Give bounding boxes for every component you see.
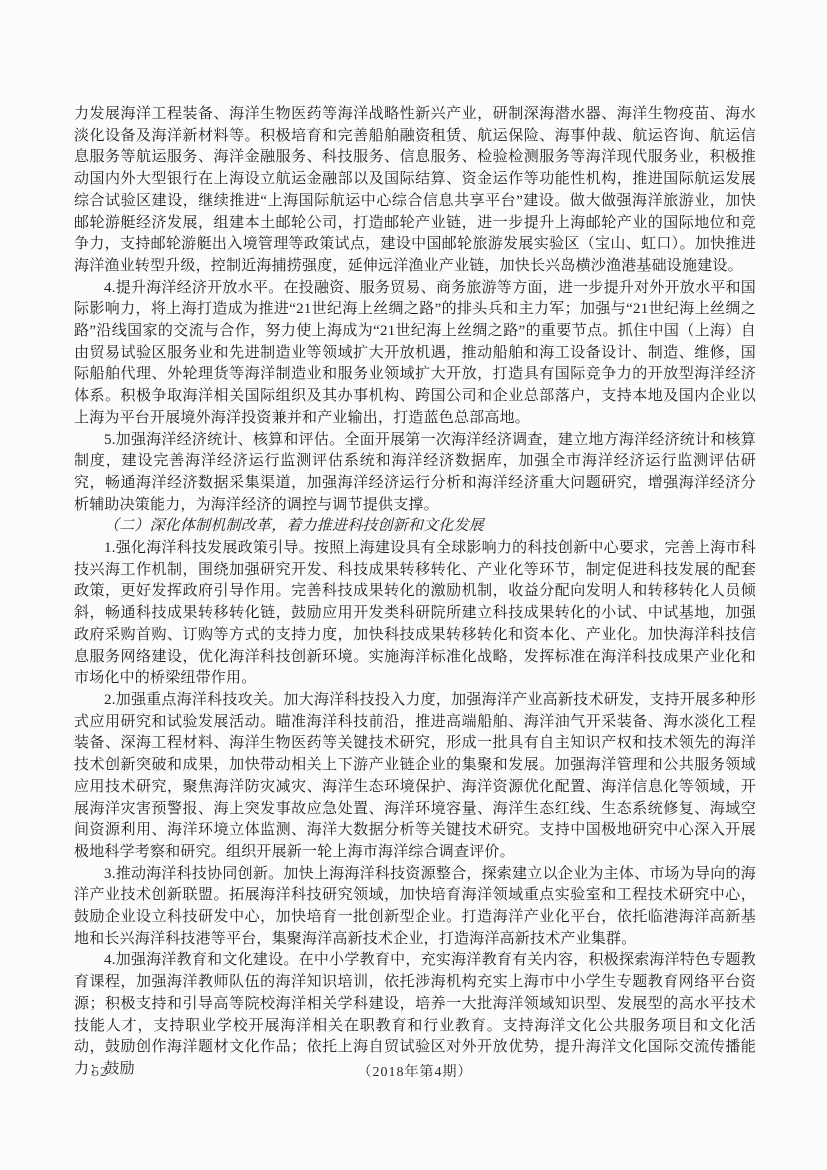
page-footer: 52 （2018年第4期） bbox=[74, 1062, 756, 1084]
body-paragraph-item-2-key-research: 2.加强重点海洋科技攻关。加大海洋科技投入力度，加强海洋产业高新技术研发，支持开… bbox=[74, 690, 756, 864]
body-paragraph-continuation: 力发展海洋工程装备、海洋生物医药等海洋战略性新兴产业，研制深海潜水器、海洋生物疫… bbox=[74, 104, 756, 278]
body-paragraph-item-1-policy-guidance: 1.强化海洋科技发展政策引导。按照上海建设具有全球影响力的科技创新中心要求，完善… bbox=[74, 538, 756, 690]
journal-issue: （2018年第4期） bbox=[74, 1062, 756, 1084]
section-heading: （二）深化体制机制改革，着力推进科技创新和文化发展 bbox=[74, 516, 756, 538]
text-block: 力发展海洋工程装备、海洋生物医药等海洋战略性新兴产业，研制深海潜水器、海洋生物疫… bbox=[74, 104, 756, 1081]
body-paragraph-item-4-open-economy: 4.提升海洋经济开放水平。在投融资、服务贸易、商务旅游等方面，进一步提升对外开放… bbox=[74, 278, 756, 430]
body-paragraph-item-5-statistics: 5.加强海洋经济统计、核算和评估。全面开展第一次海洋经济调查，建立地方海洋经济统… bbox=[74, 430, 756, 517]
body-paragraph-item-3-collaborative-innovation: 3.推动海洋科技协同创新。加快上海海洋科技资源整合，探索建立以企业为主体、市场为… bbox=[74, 864, 756, 951]
document-page: 力发展海洋工程装备、海洋生物医药等海洋战略性新兴产业，研制深海潜水器、海洋生物疫… bbox=[0, 0, 827, 1170]
